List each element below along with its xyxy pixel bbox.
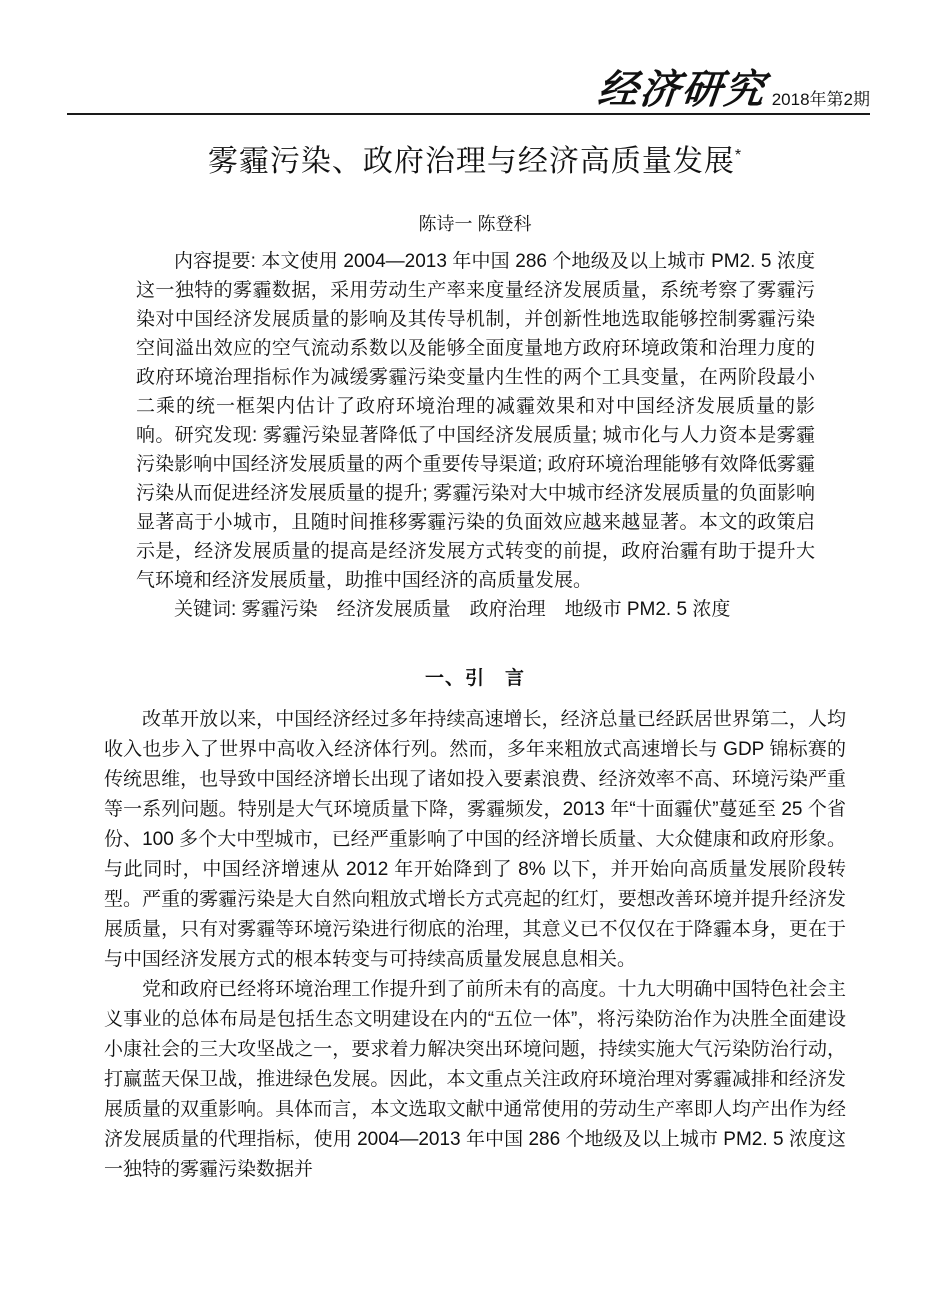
abstract-block: 内容提要: 本文使用 2004—2013 年中国 286 个地级及以上城市 PM… xyxy=(136,247,815,624)
journal-logo: 经济研究 xyxy=(596,70,768,110)
abstract-label: 内容提要: xyxy=(174,251,256,272)
header-divider xyxy=(67,113,870,115)
abstract-text: 本文使用 2004—2013 年中国 286 个地级及以上城市 PM2. 5 浓… xyxy=(136,251,815,591)
keywords-line: 关键词: 雾霾污染 经济发展质量 政府治理 地级市 PM2. 5 浓度 xyxy=(136,595,815,624)
authors-line: 陈诗一 陈登科 xyxy=(0,210,950,236)
abstract-paragraph: 内容提要: 本文使用 2004—2013 年中国 286 个地级及以上城市 PM… xyxy=(136,247,815,595)
intro-paragraph-1: 改革开放以来，中国经济经过多年持续高速增长，经济总量已经跃居世界第二，人均收入也… xyxy=(104,705,846,975)
introduction-body: 改革开放以来，中国经济经过多年持续高速增长，经济总量已经跃居世界第二，人均收入也… xyxy=(104,705,846,1185)
journal-issue: 2018年第2期 xyxy=(772,90,870,110)
keywords-text: 雾霾污染 经济发展质量 政府治理 地级市 PM2. 5 浓度 xyxy=(242,599,731,620)
section-heading-introduction: 一、引 言 xyxy=(0,663,950,690)
intro-paragraph-2: 党和政府已经将环境治理工作提升到了前所未有的高度。十九大明确中国特色社会主义事业… xyxy=(104,975,846,1185)
journal-masthead: 经济研究 2018年第2期 xyxy=(598,70,870,110)
article-title-text: 雾霾污染、政府治理与经济高质量发展 xyxy=(208,145,735,178)
keywords-label: 关键词: xyxy=(174,599,236,620)
title-footnote-mark: * xyxy=(735,147,742,164)
paper-page: 经济研究 2018年第2期 雾霾污染、政府治理与经济高质量发展* 陈诗一 陈登科… xyxy=(0,0,950,1290)
article-title: 雾霾污染、政府治理与经济高质量发展* xyxy=(0,136,950,180)
